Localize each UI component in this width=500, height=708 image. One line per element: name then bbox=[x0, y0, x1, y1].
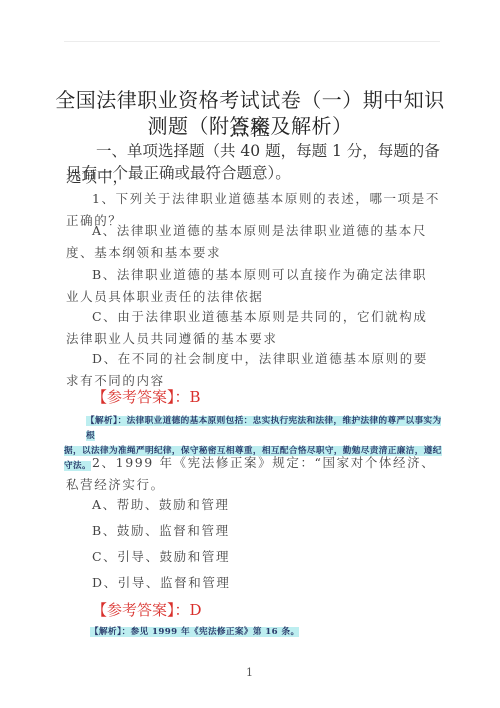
answer-value: D bbox=[190, 601, 202, 619]
question-1-answer: 【参考答案】：B bbox=[92, 386, 201, 407]
section-heading-line-2: 只有一个最正确或最符合题意）。 bbox=[66, 160, 446, 186]
question-2-answer: 【参考答案】：D bbox=[92, 599, 202, 620]
document-title-line-2: 测题（附答案及解析） bbox=[50, 112, 450, 140]
analysis-line-1: 【解析】：参见 1999 年《宪法修正案》第 16 条。 bbox=[90, 627, 299, 637]
question-1-option-c: C、由于法律职业道德基本原则是共同的，它们就构成法律职业人员共同遵循的基本要求 bbox=[66, 306, 441, 350]
page-number: 1 bbox=[246, 666, 253, 679]
question-2-option-c: C、引导、鼓励和管理 bbox=[66, 546, 441, 568]
analysis-line-1: 【解析】：法律职业道德的基本原则包括：忠实执行宪法和法律，维护法律的尊严以事实为… bbox=[86, 416, 441, 441]
question-1-option-b: B、法律职业道德的基本原则可以直接作为确定法律职业人员具体职业责任的法律依据 bbox=[66, 264, 441, 308]
answer-label: 【参考答案】： bbox=[92, 388, 190, 406]
answer-label: 【参考答案】： bbox=[92, 601, 190, 619]
question-2-stem: 2、1999 年《宪法修正案》规定：“国家对个体经济、私营经济实行。 bbox=[66, 452, 441, 496]
question-1-option-a: A、法律职业道德的基本原则是法律职业道德的基本尺度、基本纲领和基本要求 bbox=[66, 220, 441, 264]
header-divider bbox=[64, 41, 440, 42]
question-2-analysis: 【解析】：参见 1999 年《宪法修正案》第 16 条。 bbox=[90, 625, 468, 640]
question-2-option-b: B、鼓励、监督和管理 bbox=[66, 520, 441, 542]
question-2-option-d: D、引导、监督和管理 bbox=[66, 572, 441, 594]
question-2-option-a: A、帮助、鼓励和管理 bbox=[66, 494, 441, 516]
document-page: 全国法律职业资格考试试卷（一）期中知识点检 测题（附答案及解析） 一、单项选择题… bbox=[0, 0, 500, 708]
answer-value: B bbox=[190, 388, 201, 406]
